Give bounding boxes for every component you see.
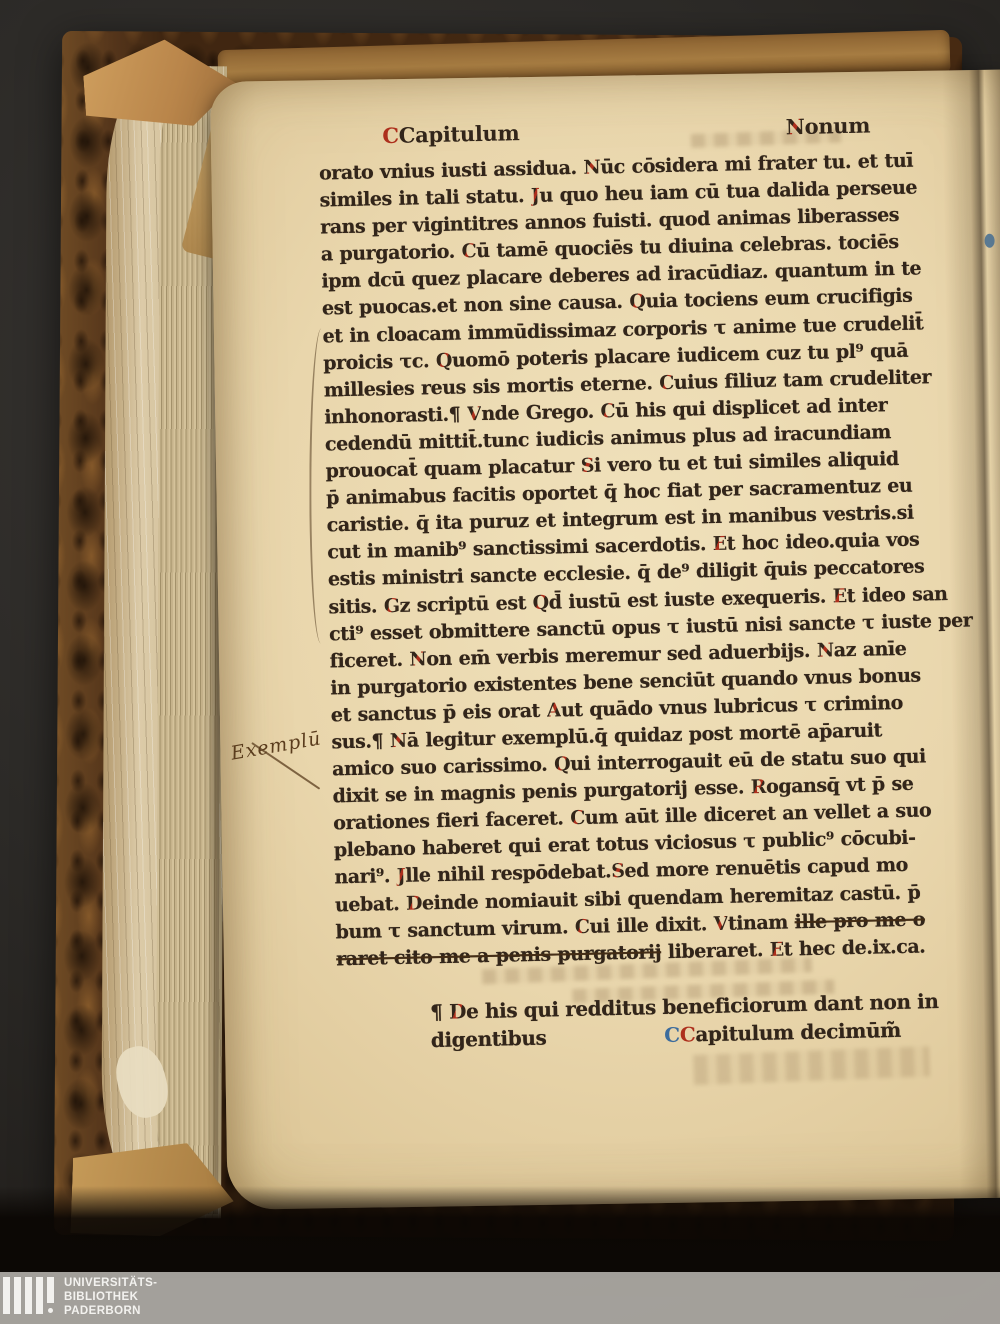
text-segment: z scriptū est bbox=[399, 591, 533, 616]
blue-ink-mark bbox=[984, 234, 994, 248]
text-segment: C bbox=[659, 372, 674, 394]
book-bottom-shadow bbox=[0, 1186, 1000, 1278]
text-segment: ¶ bbox=[430, 1000, 449, 1024]
text-segment: Q bbox=[554, 753, 571, 775]
text-segment: et sanctus p̄ eis orat bbox=[331, 700, 547, 727]
heading-gap bbox=[546, 1041, 664, 1044]
text-segment: inhonorasti.¶ bbox=[324, 403, 467, 428]
header-nonum: Nonum bbox=[785, 111, 870, 140]
rubric-initial: C bbox=[680, 1022, 696, 1046]
text-segment: a purgatorio. bbox=[321, 241, 462, 266]
text-segment: sus.¶ bbox=[331, 730, 390, 753]
logo-bar bbox=[25, 1277, 32, 1314]
text-segment: tinam bbox=[728, 911, 795, 934]
library-watermark-band: UNIVERSITÄTS- BIBLIOTHEK PADERBORN bbox=[0, 1272, 1000, 1324]
rubric-initial: C bbox=[382, 123, 399, 148]
text-segment: D bbox=[406, 892, 423, 914]
digitized-book-photo: Exemplū CCapitulum Nonum orato vnius ius… bbox=[0, 0, 1000, 1324]
text-segment: prouocat̄ quam placatur bbox=[325, 455, 581, 483]
text-segment: N bbox=[817, 639, 834, 661]
text-segment: sitis. bbox=[328, 595, 384, 618]
logo-bar bbox=[36, 1277, 43, 1314]
text-segment: proicis τc. bbox=[323, 350, 436, 374]
ub-paderborn-logo-icon bbox=[3, 1277, 54, 1314]
text-segment: est puocas.et non sine causa. bbox=[322, 291, 630, 320]
text-segment: uius filiuz tam crudeliter bbox=[674, 366, 932, 394]
text-segment: E bbox=[713, 533, 728, 555]
rubric-initial: C bbox=[664, 1022, 680, 1046]
text-segment: A bbox=[546, 699, 561, 721]
text-segment: lle nihil respōdebat. bbox=[405, 861, 611, 887]
text-segment: Q bbox=[436, 349, 453, 371]
text-segment: ogansq̄ vt p̄ se bbox=[766, 773, 914, 798]
text-segment: ut quādo vnus lubricus τ crimino bbox=[561, 692, 903, 721]
text-segment: raret cito me a penis purgatorij bbox=[336, 941, 661, 970]
text-segment: millesies reus sis mortis eterne. bbox=[324, 372, 660, 401]
text-segment: S bbox=[611, 860, 625, 882]
text-segment: orato vnius iusti assidua. bbox=[319, 157, 584, 185]
text-segment: apitulum decimūm̃ bbox=[695, 1017, 901, 1045]
logo-exclamation-dot bbox=[48, 1308, 53, 1313]
text-segment: az anīe bbox=[834, 638, 907, 662]
text-segment: N bbox=[409, 648, 426, 670]
text-segment: um aūt ille diceret an vellet a suo bbox=[585, 800, 932, 830]
text-segment: N bbox=[583, 156, 600, 178]
show-through-smudge bbox=[693, 1046, 930, 1085]
text-segment: nde Grego. bbox=[481, 400, 601, 425]
text-segment: bum τ sanctum virum. bbox=[335, 916, 575, 943]
text-segment: Q bbox=[629, 291, 646, 313]
logo-bar bbox=[14, 1277, 21, 1314]
text-segment: orationes fieri faceret. bbox=[333, 807, 570, 834]
text-segment: similes in tali statu. bbox=[319, 185, 531, 212]
header-capitulum: CCapitulum bbox=[382, 119, 520, 149]
text-segment: N bbox=[390, 730, 407, 752]
logo-bar bbox=[3, 1277, 10, 1314]
text-segment: ū his qui displicet ad inter bbox=[615, 394, 888, 422]
chapter-heading-left: digentibus bbox=[431, 1025, 547, 1052]
text-segment: ficeret. bbox=[329, 648, 409, 672]
text-segment: R bbox=[751, 776, 767, 798]
text-segment: d̄ iustū est iuste exequeris. bbox=[549, 585, 833, 613]
text-segment: ui ille dixit. bbox=[589, 913, 714, 938]
chapter-heading-right: CCapitulum decimūm̃ bbox=[664, 1017, 901, 1046]
text-segment: liberaret. bbox=[661, 939, 770, 963]
text-segment: C bbox=[575, 915, 590, 937]
text-segment: C bbox=[461, 240, 476, 262]
text-segment: digentibus bbox=[431, 1025, 547, 1052]
text-segment: V bbox=[467, 403, 482, 425]
text-segment: t hec de.ix.ca. bbox=[784, 935, 926, 960]
text-segment: G bbox=[384, 594, 400, 616]
text-segment: i vero tu et tui similes aliquid bbox=[594, 448, 899, 477]
text-segment: S bbox=[581, 455, 595, 477]
text-segment: C bbox=[570, 807, 585, 829]
text-segment: V bbox=[713, 912, 728, 934]
text-segment: amico suo carissimo. bbox=[332, 754, 554, 781]
text-segment: ūc cōsidera mi frater tu. et tuī bbox=[600, 150, 913, 179]
text-segment: C bbox=[600, 400, 615, 422]
text-segment: E bbox=[832, 585, 847, 607]
text-segment: uebat. bbox=[335, 892, 406, 916]
text-segment: Q bbox=[532, 591, 549, 613]
library-name-line: PADERBORN bbox=[64, 1305, 157, 1319]
printed-text-block: CCapitulum Nonum orato vnius iusti assid… bbox=[296, 110, 944, 973]
text-segment: onum bbox=[804, 112, 870, 138]
text-segment: t hoc ideo.quia vos bbox=[727, 529, 920, 555]
text-segment: ille pro me o bbox=[794, 908, 925, 933]
text-segment: N bbox=[785, 114, 804, 139]
text-segment: uia tociens eum crucifigis bbox=[645, 285, 912, 313]
library-name: UNIVERSITÄTS- BIBLIOTHEK PADERBORN bbox=[64, 1277, 157, 1318]
text-segment: t ideo san bbox=[847, 582, 948, 606]
text-segment: D bbox=[449, 999, 466, 1023]
library-name-line: UNIVERSITÄTS- bbox=[64, 1277, 157, 1291]
text-segment: E bbox=[770, 938, 785, 960]
body-text-lines: orato vnius iusti assidua. Nūc cōsidera … bbox=[297, 147, 945, 973]
text-segment: Capitulum bbox=[398, 120, 519, 148]
text-segment: nari⁹. bbox=[334, 865, 397, 888]
text-segment: ed more renuētis capud mo bbox=[624, 854, 908, 882]
library-name-line: BIBLIOTHEK bbox=[64, 1291, 157, 1305]
logo-bar-exclamation bbox=[47, 1277, 54, 1303]
